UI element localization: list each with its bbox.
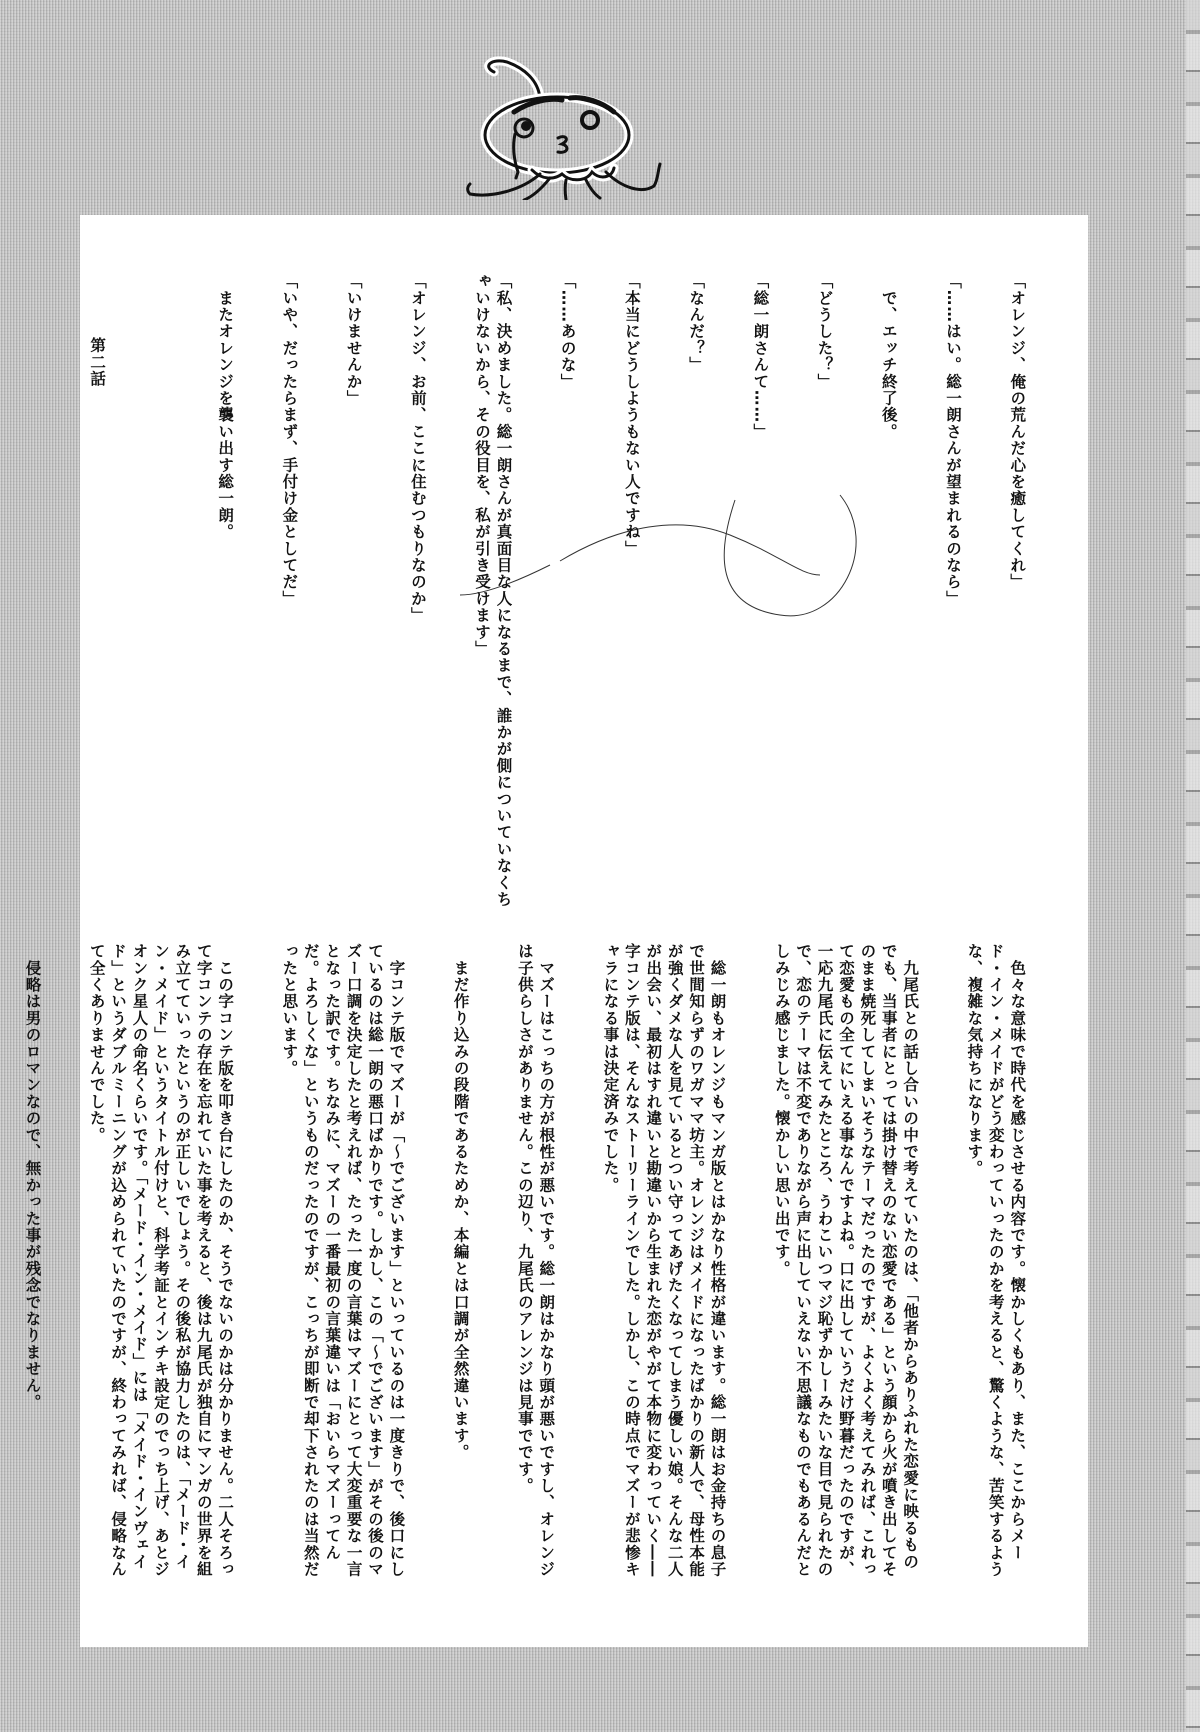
- page-edge-texture: [1186, 0, 1200, 1732]
- script-line: 「オレンジ、俺の荒んだ心を癒してくれ」: [1006, 273, 1027, 913]
- script-line: 「オレンジ、お前、ここに住むつもりなのか」: [406, 273, 427, 913]
- script-line: 「なんだ？」: [685, 273, 706, 913]
- script-line: 「いけませんか」: [342, 273, 363, 913]
- script-line: 「いや、だったらまず、手付け金としてだ」: [278, 273, 299, 913]
- afterword-paragraph: 侵略は男のロマンなので、無かった事が残念でなりません。: [21, 943, 42, 1583]
- script-line: 「……はい。総一朗さんが望まれるのなら」: [942, 273, 963, 913]
- script-line: 「どうした？」: [813, 273, 834, 913]
- episode-heading: 第二話: [86, 273, 107, 913]
- afterword-paragraph: 九尾氏との話し合いの中で考えていたのは、「他者からありふれた恋愛に映るものでも、…: [770, 943, 920, 1583]
- script-line: 「……あのな」: [556, 273, 577, 913]
- afterword-paragraph: まだ作り込みの段階であるためか、本編とは口調が全然違います。: [449, 943, 470, 1583]
- script-line: で、エッチ終了後。: [877, 273, 898, 913]
- afterword-paragraph: 字コンテ版でマズーが「～でございます」といっているのは一度きりで、後口にしている…: [278, 943, 406, 1583]
- script-line: 「総一朗さんて……」: [749, 273, 770, 913]
- script-line: 「本当にどうしようもない人ですね」: [620, 273, 641, 913]
- afterword-paragraph: 色々な意味で時代を感じさせる内容です。懐かしくもあり、また、ここからメード・イン…: [963, 943, 1027, 1583]
- afterword-paragraph: 総一朗もオレンジもマンガ版とはかなり性格が違います。総一朗はお金持ちの息子で世間…: [599, 943, 727, 1583]
- jellyfish-creature-doodle-icon: [462, 30, 692, 200]
- story-script-block: 「オレンジ、俺の荒んだ心を癒してくれ」 「……はい。総一朗さんが望まれるのなら」…: [0, 273, 1070, 913]
- text-panel: 「オレンジ、俺の荒んだ心を癒してくれ」 「……はい。総一朗さんが望まれるのなら」…: [80, 215, 1088, 1647]
- script-line: またオレンジを襲い出す総一朗。: [214, 273, 235, 913]
- afterword-block: 色々な意味で時代を感じさせる内容です。懐かしくもあり、また、ここからメード・イン…: [0, 943, 1070, 1583]
- script-line: 「私、決めました。総一朗さんが真面目な人になるまで、誰かが側についていなくちゃい…: [471, 273, 514, 913]
- afterword-paragraph: マズーはこっちの方が根性が悪いです。総一朗はかなり頭が悪いですし、オレンジは子供…: [513, 943, 556, 1583]
- afterword-paragraph: この字コンテ版を叩き台にしたのか、そうでないのかは分かりません。二人そろって字コ…: [85, 943, 235, 1583]
